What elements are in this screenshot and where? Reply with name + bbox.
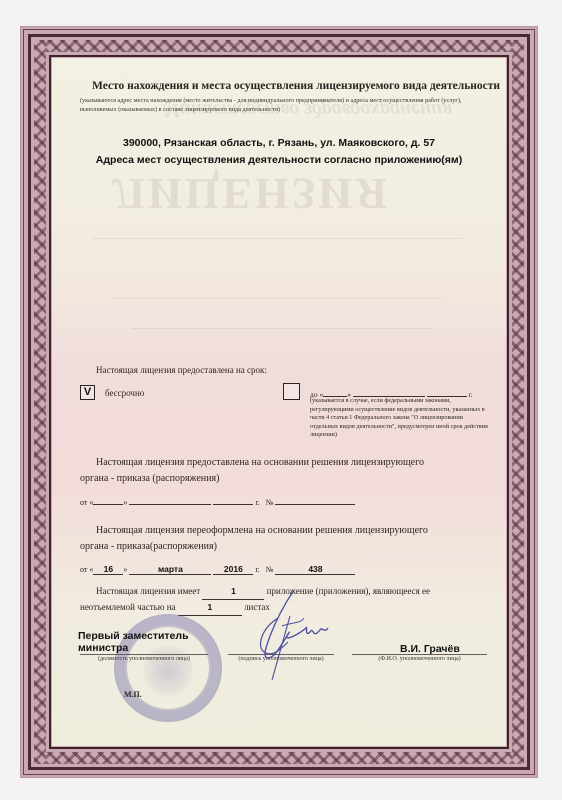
watermark-line <box>132 328 432 329</box>
license-address: 390000, Рязанская область, г. Рязань, ул… <box>52 137 506 149</box>
granted-line2: органа - приказа (распоряжения) <box>80 471 219 486</box>
until-note: (указывается в случае, если федеральными… <box>310 397 490 440</box>
reissued-day-field[interactable]: 16 <box>93 564 123 575</box>
until-date-checkbox[interactable] <box>283 383 300 400</box>
granted-date-prefix: от « <box>80 498 93 507</box>
reissued-date-prefix: от « <box>80 565 93 574</box>
granted-line1: Настоящая лицензия предоставлена на осно… <box>96 455 424 470</box>
place-heading: Место нахождения и места осуществления л… <box>92 80 500 92</box>
reissued-year-field[interactable]: 2016 <box>213 564 253 575</box>
document-body: Министерство здравоохранения ЛИЦЕНЗИЯ Ме… <box>52 58 506 746</box>
position-line1: Первый заместитель <box>78 630 189 642</box>
granted-year-suffix: г. <box>255 498 259 507</box>
name-underline <box>352 654 487 655</box>
stamp-place-label: М.П. <box>124 690 142 699</box>
sheet-count-field[interactable]: 1 <box>178 600 242 616</box>
watermark-line <box>92 238 462 239</box>
reissued-year-suffix: г. <box>255 565 259 574</box>
place-note: (указываются адрес места нахождения (мес… <box>80 96 485 114</box>
reissued-line2: органа - приказа(распоряжения) <box>80 539 217 554</box>
granted-date-row: от «» г. № <box>80 498 355 507</box>
watermark-title: ЛИЦЕНЗИЯ <box>112 168 390 219</box>
term-label: Настоящая лицензия предоставлена на срок… <box>96 365 267 375</box>
position-underline <box>80 654 208 655</box>
appendix-line2-before: неотъемлемой частью на <box>80 602 176 612</box>
reissued-date-row: от «16» марта 2016 г. № 438 <box>80 564 355 575</box>
watermark-line <box>112 298 442 299</box>
reissued-month-field[interactable]: марта <box>129 564 211 575</box>
until-year-field[interactable] <box>427 388 467 397</box>
reissued-number-field[interactable]: 438 <box>275 564 355 575</box>
signatory-position: Первый заместитель министра <box>78 630 189 654</box>
perpetual-checkbox[interactable]: V <box>80 385 95 400</box>
activity-addresses-note: Адреса мест осуществления деятельности с… <box>52 154 506 166</box>
reissued-quote: » <box>123 565 127 574</box>
handwritten-signature-icon <box>242 588 332 683</box>
granted-month-field[interactable] <box>129 504 211 505</box>
appendix-text-before: Настоящая лицензия имеет <box>96 586 200 596</box>
until-day-field[interactable] <box>323 388 347 397</box>
position-caption: (должность уполномоченного лица) <box>80 656 208 662</box>
perpetual-label: бессрочно <box>105 388 144 398</box>
reissued-line1: Настоящая лицензия переоформлена на осно… <box>96 523 428 538</box>
granted-day-field[interactable] <box>93 504 123 505</box>
granted-year-field[interactable] <box>213 504 253 505</box>
name-caption: (Ф.И.О. уполномоченного лица) <box>352 656 487 662</box>
granted-number-label: № <box>266 498 274 507</box>
reissued-number-label: № <box>266 565 274 574</box>
granted-quote: » <box>123 498 127 507</box>
position-line2: министра <box>78 642 189 654</box>
until-month-field[interactable] <box>353 388 425 397</box>
granted-number-field[interactable] <box>275 504 355 505</box>
